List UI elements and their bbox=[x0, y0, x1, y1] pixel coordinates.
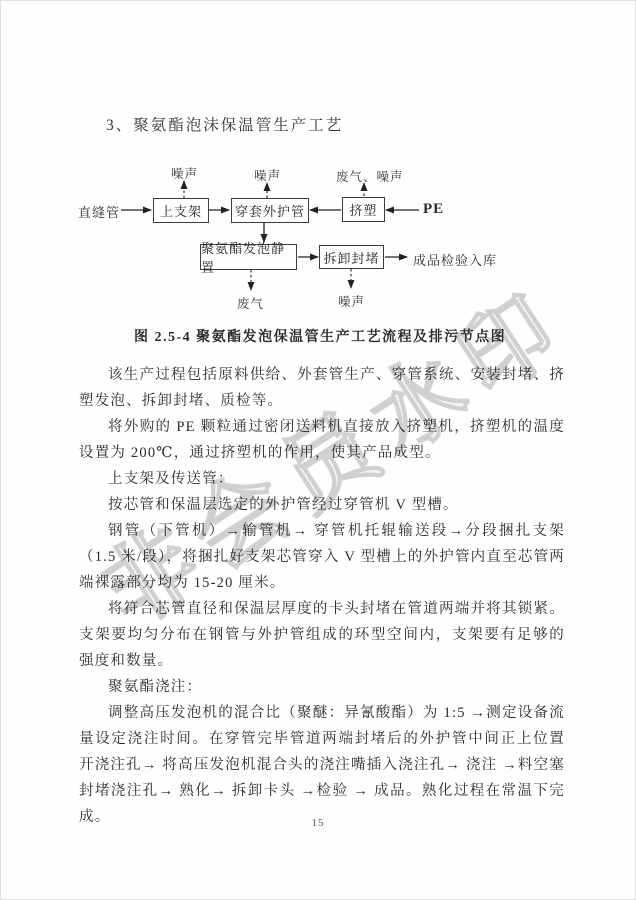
flow-input-pe: PE bbox=[423, 201, 444, 218]
paragraph: 调整高压发泡机的混合比（聚醚：异氰酸酯）为 1:5 →测定设备流量设定浇注时间。… bbox=[79, 700, 565, 830]
flow-box-unseal: 拆卸封堵 bbox=[319, 245, 384, 269]
paragraph: 将符合芯管直径和保温层厚度的卡头封堵在管道两端并将其锁紧。支架要均匀分布在钢管与… bbox=[79, 596, 565, 674]
page-number: 15 bbox=[1, 817, 635, 829]
figure-caption: 图 2.5-4 聚氨酯发泡保温管生产工艺流程及排污节点图 bbox=[134, 326, 506, 346]
paragraph: 将外购的 PE 颗粒通过密闭送料机直接放入挤塑机，挤塑机的温度设置为 200℃，… bbox=[79, 414, 565, 466]
section-heading: 3、聚氨酯泡沫保温管生产工艺 bbox=[106, 113, 343, 135]
flow-box-extrude: 挤塑 bbox=[342, 197, 385, 222]
paragraph: 上支架及传送管： bbox=[79, 466, 565, 492]
paragraph: 聚氨酯浇注： bbox=[79, 674, 565, 700]
paragraph: 该生产过程包括原料供给、外套管生产、穿管系统、安装封堵、挤塑发泡、拆卸封堵、质检… bbox=[79, 362, 565, 414]
emission-noise-casing: 噪声 bbox=[254, 166, 281, 184]
flow-box-foam: 聚氨酯发泡静置 bbox=[200, 244, 297, 270]
paragraph: 按芯管和保温层选定的外护管经过穿管机 V 型槽。 bbox=[79, 492, 565, 518]
flow-input-left: 直缝管 bbox=[78, 202, 120, 221]
process-flowchart: 直缝管 上支架 穿套外护管 挤塑 PE 聚氨酯发泡静置 拆卸封堵 成品检验入库 … bbox=[61, 156, 601, 321]
flow-arrows bbox=[61, 156, 601, 321]
emission-noise-rack: 噪声 bbox=[171, 164, 198, 182]
paragraph: 钢管（下管机）→输管机→ 穿管机托辊输送段→分段捆扎支架（1.5 米/段），将捆… bbox=[79, 518, 565, 596]
document-page: 非会员水印 3、聚氨酯泡沫保温管生产工艺 直缝管 上 bbox=[0, 0, 636, 900]
emission-noise-unseal: 噪声 bbox=[338, 292, 365, 310]
flow-box-rack: 上支架 bbox=[153, 198, 209, 223]
flow-output: 成品检验入库 bbox=[413, 250, 497, 269]
flow-box-casing: 穿套外护管 bbox=[231, 198, 309, 223]
emission-gas-foam: 废气 bbox=[237, 294, 264, 312]
body-text: 该生产过程包括原料供给、外套管生产、穿管系统、安装封堵、挤塑发泡、拆卸封堵、质检… bbox=[79, 362, 565, 830]
emission-gas-noise-extrude: 废气、噪声 bbox=[336, 167, 404, 185]
